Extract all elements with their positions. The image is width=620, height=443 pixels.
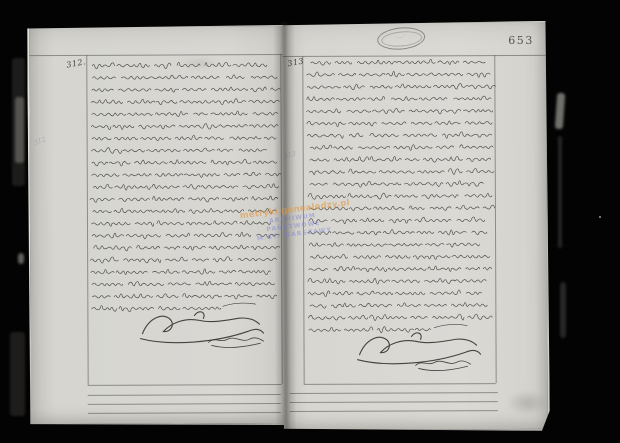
signature-stroke [194,312,204,319]
signature-secondary-left [206,333,268,351]
register-page-right: 653 ·﹏· 313 313 [282,21,550,432]
scanned-register-photo: 312. 312 653 ·﹏· 313 313 [0,0,620,443]
paper-stain [506,390,550,416]
signature-stroke [411,333,421,340]
book-gutter-shadow [273,22,297,429]
handwriting-left [29,26,286,424]
left-page-edge-highlight [15,97,24,163]
signature-stroke [212,343,261,347]
left-page-edge-chip [18,253,24,264]
signature-stroke [208,338,263,343]
dust-speck [599,216,601,218]
right-fore-edge-streak [560,282,566,338]
register-page-left: 312. 312 [27,25,286,426]
signature-secondary-right [414,356,476,374]
signature-stroke [416,361,471,366]
handwriting-strokes [306,59,496,333]
right-fore-edge-streak [558,136,562,248]
handwriting-strokes [89,62,281,312]
open-register-book: 312. 312 653 ·﹏· 313 313 [27,21,548,430]
right-fore-edge-highlight [555,93,565,129]
signature-stroke [359,337,476,355]
left-page-edge-streak [10,332,25,416]
signature-stroke [419,366,468,370]
signature-stroke [142,316,259,334]
